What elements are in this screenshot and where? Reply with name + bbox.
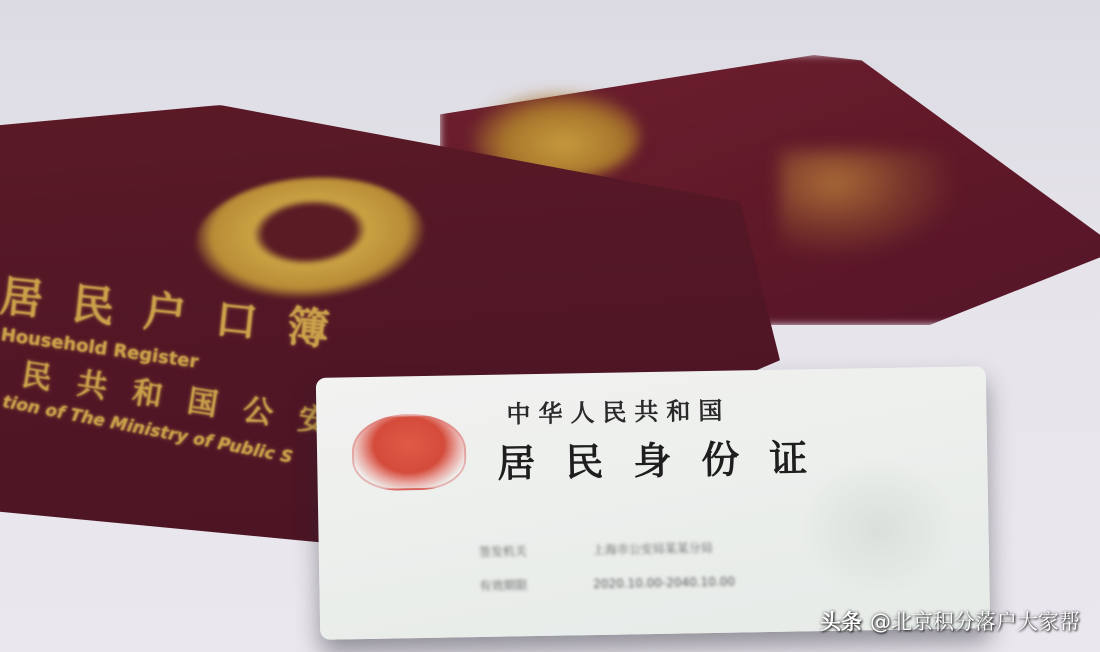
back-booklet-gold-text (780, 150, 960, 260)
card-title: 居民身份证 (497, 427, 838, 488)
card-country-name: 中华人民共和国 (506, 391, 731, 430)
watermark-account: @北京积分落户大家帮 (870, 610, 1080, 634)
field-label: 签发机关 (479, 541, 589, 560)
field-label: 有效期限 (479, 575, 589, 594)
source-watermark: 头条@北京积分落户大家帮 (820, 606, 1080, 636)
field-value: 2020.10.00-2040.10.00 (593, 575, 735, 591)
national-emblem-icon (351, 413, 466, 491)
card-field-validity: 有效期限 2020.10.00-2040.10.00 (479, 573, 735, 594)
card-field-issuer: 签发机关 上海市公安局某某分局 (479, 539, 713, 560)
field-value: 上海市公安局某某分局 (593, 541, 713, 557)
watermark-brand: 头条 (820, 610, 862, 634)
resident-id-card: 中华人民共和国 居民身份证 签发机关 上海市公安局某某分局 有效期限 2020.… (316, 366, 990, 640)
photo-scene: 居民户口簿 Household Register 民共和国公安部 tion of… (0, 0, 1100, 652)
